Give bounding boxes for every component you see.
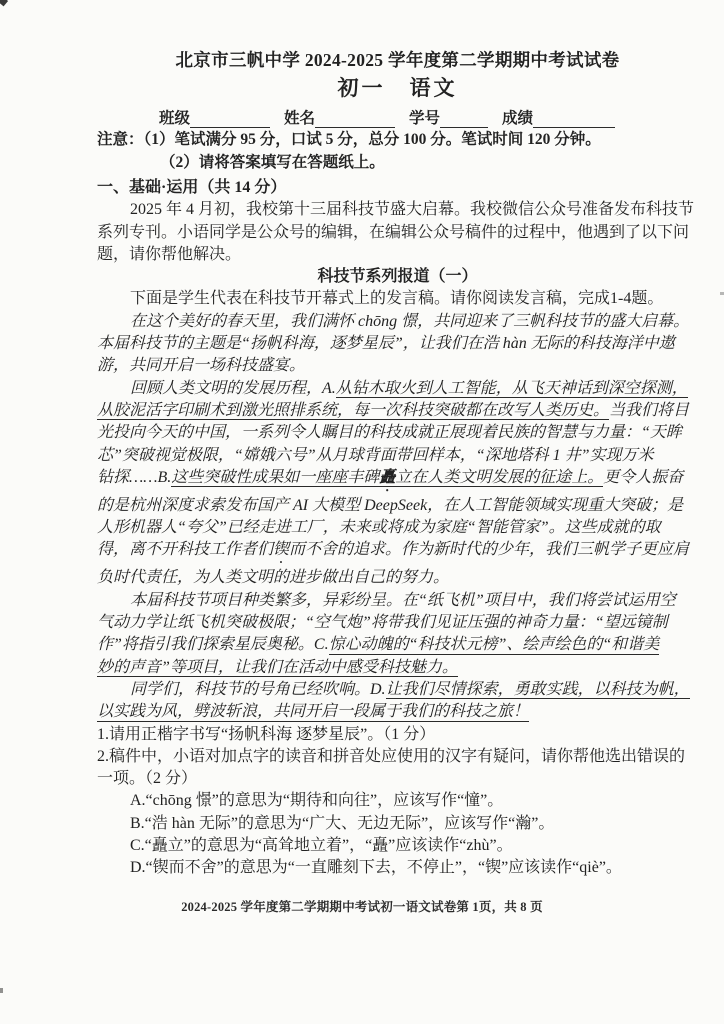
text-line: 负时代责任，为人类文明的进步做出自己的努力。 [97, 567, 698, 589]
field-label: 成绩 [502, 106, 533, 128]
notice-line-1: 注意：（1）笔试满分 95 分，口试 5 分，总分 100 分。笔试时间 120… [97, 128, 698, 151]
text-line: C.“矗立”的意思为“高耸地立着”，“矗”应该读作“zhù”。 [97, 835, 698, 857]
text-line: 以实践为风，劈波斩浪，共同开启一段属于我们的科技之旅！ [97, 701, 698, 723]
underlined-text-run: 从钻木取火到人工智能，从飞天神话到深空探测， [336, 380, 688, 399]
text-line: 得，离不开科技工作者们锲而不舍的追求。作为新时代的少年，我们三帆学子更应肩 [97, 539, 698, 567]
text-run: 1.请用正楷字书写“扬帆科海 逐梦星辰”。（1 分） [97, 726, 435, 743]
text-run: 而不舍的追求。作为新时代的少年，我们三帆学子更应肩 [289, 541, 689, 558]
text-line: 作”将指引我们探索星辰奥秘。C.惊心动魄的“科技状元榜”、绘声绘色的“和谐美 [97, 634, 698, 656]
text-run: 2.稿件中，小语对加点字的读音和拼音处应使用的汉字有疑问，请你帮他选出错误的 [97, 748, 685, 765]
notice-label: 注意： [97, 131, 144, 148]
scan-artifact-right [720, 292, 724, 295]
underlined-text-run: 从胶泥活字印刷术到激光照排系统，每一次科技突破都在改写人类历史。 [97, 402, 609, 421]
page-title: 北京市三帆中学 2024-2025 学年度第二学期期中考试试卷 [97, 48, 698, 72]
text-line: A.“chōng 憬”的意思为“期待和向往”，应该写作“憧”。 [97, 790, 698, 812]
text-line: 1.请用正楷字书写“扬帆科海 逐梦星辰”。（1 分） [97, 724, 698, 746]
field-blank [190, 112, 270, 128]
text-line: 芯”突破视觉极限，“嫦娥六号”从月球背面带回样本，“深地塔科 1 井”实现万米 [97, 445, 698, 467]
text-run: 回顾人类文明的发展历程，A. [130, 380, 336, 397]
scan-artifact-top-left [0, 0, 8, 6]
text-run: D.“锲而不舍”的意思为“一直雕刻下去，不停止”，“锲”应该读作“qiè”。 [130, 859, 622, 876]
text-line: 2.稿件中，小语对加点字的读音和拼音处应使用的汉字有疑问，请你帮他选出错误的 [97, 746, 698, 768]
text-line: 人形机器人“夸父”已经走进工厂，未来或将成为家庭“智能管家”。这些成就的取 [97, 517, 698, 539]
notice-line-2: （2）请将答案填写在答题纸上。 [97, 151, 698, 174]
text-line: 系列专刊。小语同学是公众号的编辑，在编辑公众号稿件的过程中，他遇到了以下问 [97, 222, 698, 244]
text-run: 游，共同开启一场科技盛宴。 [97, 357, 305, 374]
text-run: 当我们将目 [609, 402, 689, 419]
text-run: 气动力学让纸飞机突破极限；“空气炮”将带我们见证压强的神奇力量：“望远镜制 [97, 614, 668, 631]
text-line: 游，共同开启一场科技盛宴。 [97, 355, 698, 377]
text-line: 从胶泥活字印刷术到激光照排系统，每一次科技突破都在改写人类历史。当我们将目 [97, 400, 698, 422]
text-run: A.“chōng 憬”的意思为“期待和向往”，应该写作“憧”。 [130, 792, 503, 809]
text-line: 在这个美好的春天里，我们满怀 chōng 憬，共同迎来了三帆科技节的盛大启幕。 [97, 311, 698, 333]
text-line: 科技节系列报道（一） [97, 266, 698, 288]
text-line: 2025 年 4 月初，我校第十三届科技节盛大启幕。我校微信公众号准备发布科技节 [97, 199, 698, 221]
text-line: 本届科技节的主题是“扬帆科海，逐梦星辰”，让我们在浩 hàn 无际的科技海洋中遨 [97, 333, 698, 355]
text-line: 一项。（2 分） [97, 768, 698, 790]
field-label: 班级 [159, 106, 190, 128]
text-run: 科技节系列报道（一） [317, 268, 477, 285]
text-line: B.“浩 hàn 无际”的意思为“广大、无边无际”，应该写作“瀚”。 [97, 813, 698, 835]
text-line: 的是杭州深度求索发布国产 AI 大模型 DeepSeek，在人工智能领域实现重大… [97, 495, 698, 517]
field-blank [315, 112, 395, 128]
text-run: 系列专刊。小语同学是公众号的编辑，在编辑公众号稿件的过程中，他遇到了以下问 [97, 224, 689, 241]
text-run: 本届科技节项目种类繁多，异彩纷呈。在“纸飞机”项目中，我们将尝试运用空 [130, 592, 676, 609]
text-run: 一、基础·运用（共 14 分） [97, 179, 286, 196]
page-content: 北京市三帆中学 2024-2025 学年度第二学期期中考试试卷 初一 语文 班级… [97, 48, 698, 880]
text-line: 气动力学让纸飞机突破极限；“空气炮”将带我们见证压强的神奇力量：“望远镜制 [97, 612, 698, 634]
page-subtitle: 初一 语文 [97, 74, 698, 102]
text-line: 同学们，科技节的号角已经吹响。D.让我们尽情探索，勇敢实践，以科技为帆， [97, 679, 698, 701]
text-line: D.“锲而不舍”的意思为“一直雕刻下去，不停止”，“锲”应该读作“qiè”。 [97, 857, 698, 879]
text-line: 回顾人类文明的发展历程，A.从钻木取火到人工智能，从飞天神话到深空探测， [97, 378, 698, 400]
text-run: 2025 年 4 月初，我校第十三届科技节盛大启幕。我校微信公众号准备发布科技节 [130, 201, 694, 218]
text-run: 钻探……B. [97, 469, 171, 486]
scan-artifact-bottom-left [0, 988, 3, 993]
field-blank [533, 112, 615, 128]
text-run: 负时代责任，为人类文明的进步做出自己的努力。 [97, 569, 449, 586]
dotted-char: 锲 [273, 541, 289, 558]
text-line: 下面是学生代表在科技节开幕式上的发言稿。请你阅读发言稿，完成1-4题。 [97, 288, 698, 310]
text-run: B.“浩 hàn 无际”的意思为“广大、无边无际”，应该写作“瀚”。 [130, 815, 554, 832]
underlined-text-run: 矗 [379, 469, 395, 488]
text-run: 本届科技节的主题是“扬帆科海，逐梦星辰”，让我们在浩 hàn 无际的科技海洋中遨 [97, 335, 675, 352]
underlined-text-run: 以实践为风，劈波斩浪，共同开启一段属于我们的科技之旅！ [97, 703, 529, 722]
field-blank [440, 112, 488, 128]
student-fields-row: 班级姓名学号成绩 [97, 106, 698, 128]
text-line: 本届科技节项目种类繁多，异彩纷呈。在“纸飞机”项目中，我们将尝试运用空 [97, 590, 698, 612]
underlined-text-run: 惊心动魄的“科技状元榜”、绘声绘色的“和谐美 [329, 636, 660, 655]
text-run: 芯”突破视觉极限，“嫦娥六号”从月球背面带回样本，“深地塔科 1 井”实现万米 [97, 447, 654, 464]
underlined-text-run: 让我们尽情探索，勇敢实践，以科技为帆， [386, 681, 690, 700]
text-run: 的是杭州深度求索发布国产 AI 大模型 DeepSeek，在人工智能领域实现重大… [97, 497, 683, 514]
text-line: 光投向今天的中国，一系列令人瞩目的科技成就正展现着民族的智慧与力量：“天眸 [97, 422, 698, 444]
field-label: 学号 [409, 106, 440, 128]
text-line: 钻探……B.这些突破性成果如一座座丰碑矗立在人类文明发展的征途上。更令人振奋 [97, 467, 698, 495]
underlined-text-run: 妙的声音”等项目，让我们在活动中感受科技魅力。 [97, 659, 458, 678]
field-label: 姓名 [284, 106, 315, 128]
exam-body: 一、基础·运用（共 14 分）2025 年 4 月初，我校第十三届科技节盛大启幕… [97, 177, 698, 880]
text-run: 在这个美好的春天里，我们满怀 chōng 憬，共同迎来了三帆科技节的盛大启幕。 [130, 313, 689, 330]
text-run: 作”将指引我们探索星辰奥秘。C. [97, 636, 329, 653]
text-run: 更令人振奋 [603, 469, 683, 486]
text-run: C.“矗立”的意思为“高耸地立着”，“矗”应该读作“zhù”。 [130, 837, 513, 854]
text-run: 下面是学生代表在科技节开幕式上的发言稿。请你阅读发言稿，完成1-4题。 [130, 290, 663, 307]
text-line: 妙的声音”等项目，让我们在活动中感受科技魅力。 [97, 657, 698, 679]
exam-paper-page: 北京市三帆中学 2024-2025 学年度第二学期期中考试试卷 初一 语文 班级… [0, 0, 724, 1024]
underlined-text-run: 这些突破性成果如一座座丰碑 [171, 469, 379, 488]
text-line: 一、基础·运用（共 14 分） [97, 177, 698, 199]
text-run: 人形机器人“夸父”已经走进工厂，未来或将成为家庭“智能管家”。这些成就的取 [97, 519, 661, 536]
text-run: 光投向今天的中国，一系列令人瞩目的科技成就正展现着民族的智慧与力量：“天眸 [97, 424, 682, 441]
text-run: 一项。（2 分） [97, 770, 197, 787]
page-footer: 2024-2025 学年度第二学期期中考试初一语文试卷第 1页，共 8 页 [0, 897, 724, 915]
text-run: 题，请你帮他解决。 [97, 246, 241, 263]
underlined-text-run: 立在人类文明发展的征途上。 [395, 469, 603, 488]
text-run: 同学们，科技节的号角已经吹响。D. [130, 681, 386, 698]
text-run: 得，离不开科技工作者们 [97, 541, 273, 558]
notice-text-1: （1）笔试满分 95 分，口试 5 分，总分 100 分。笔试时间 120 分钟… [144, 131, 601, 148]
text-line: 题，请你帮他解决。 [97, 244, 698, 266]
